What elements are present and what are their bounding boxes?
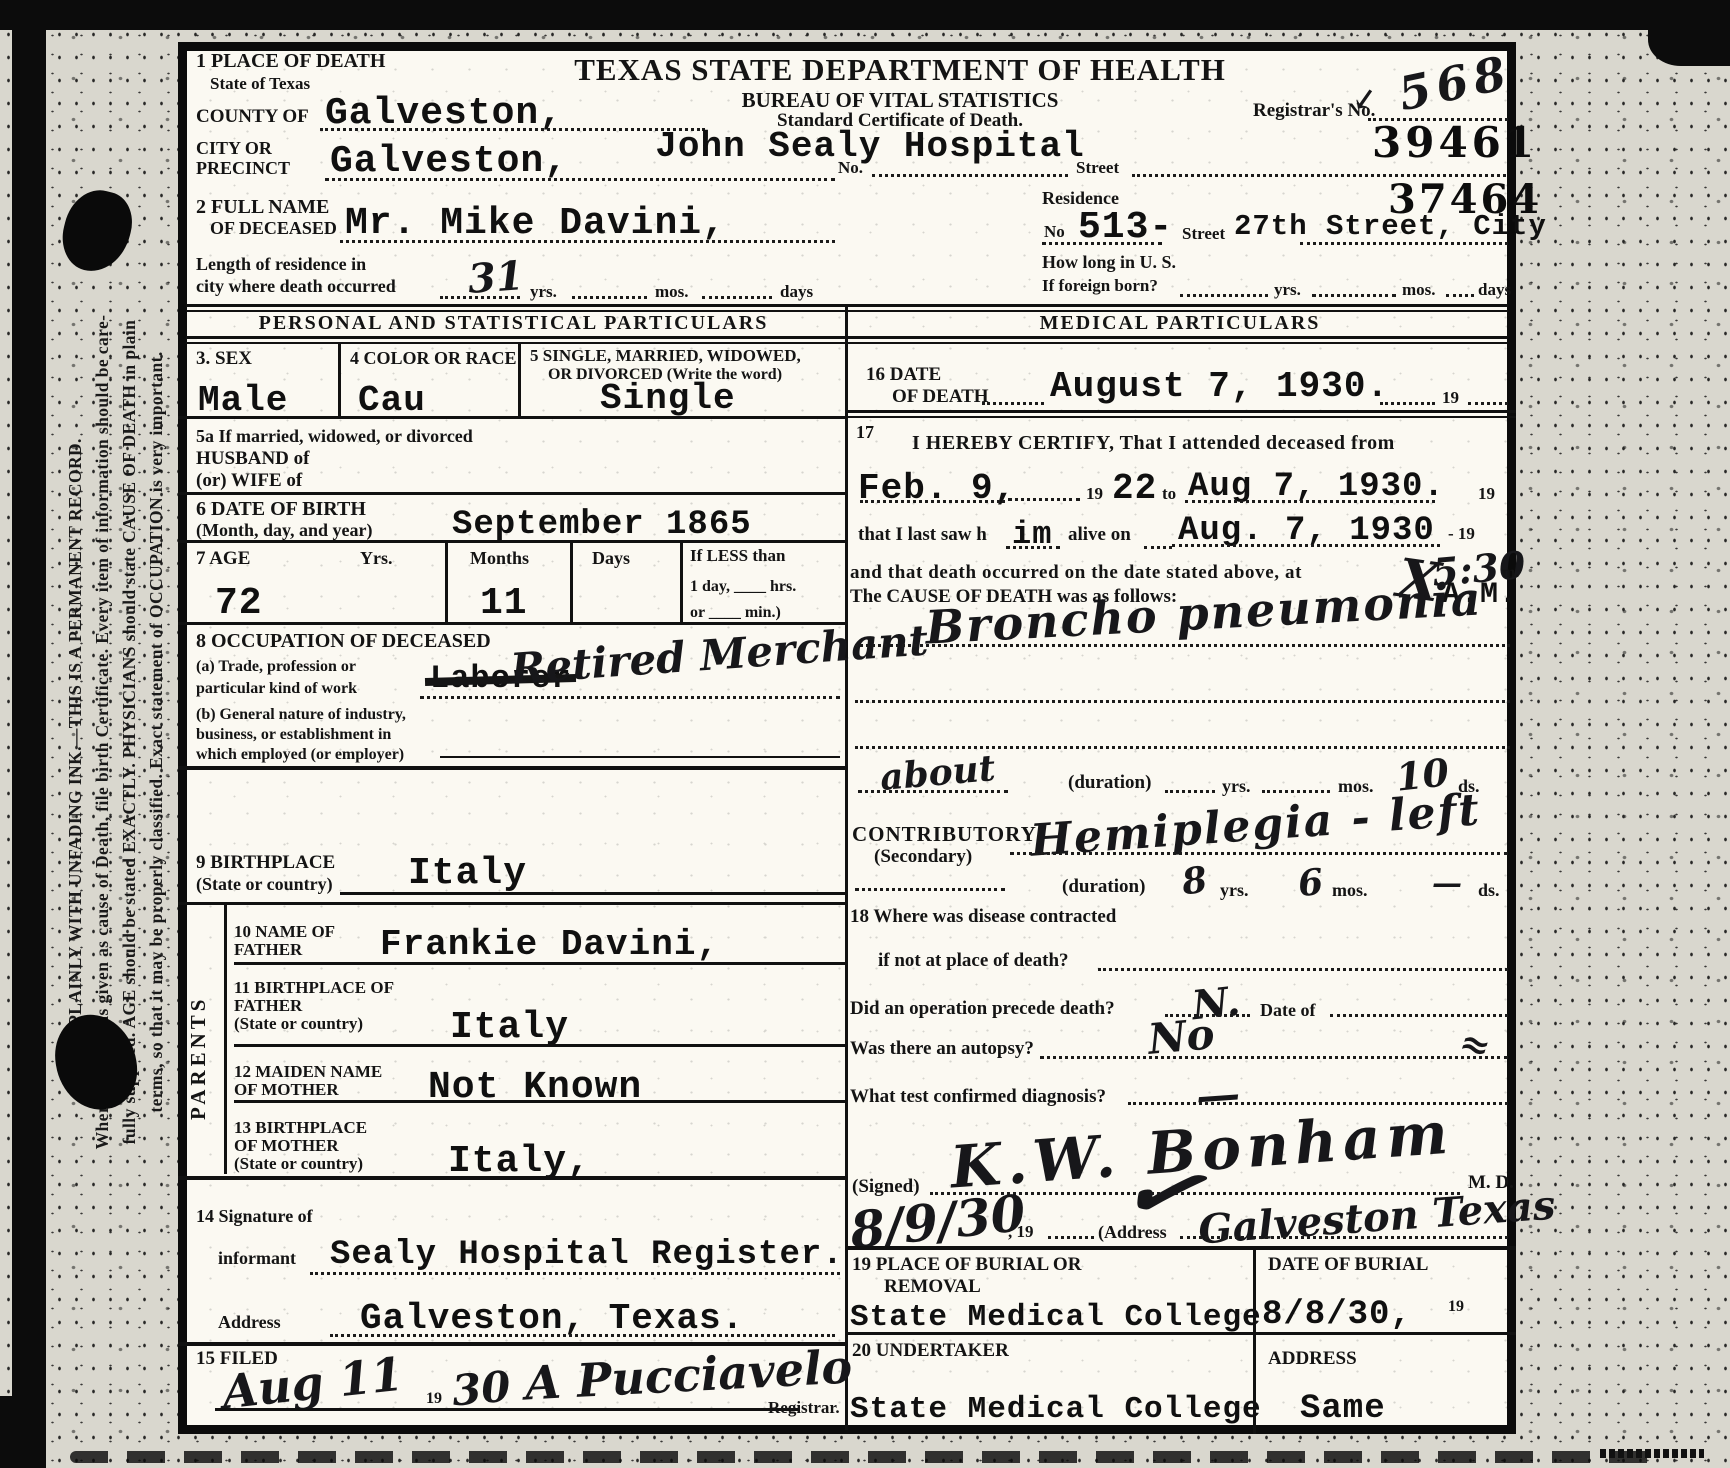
race-marital-divider (518, 344, 521, 418)
attended-leader (1008, 498, 1080, 501)
signed-19-line (1048, 1236, 1094, 1239)
burial-rule (845, 1332, 1516, 1335)
scanned-death-certificate: PLAINLY WITH UNFADING INK.—THIS IS A PER… (0, 0, 1730, 1468)
burial-date-value: 8/8/30, (1262, 1296, 1412, 1334)
mother-name-label-2: OF MOTHER (234, 1080, 339, 1100)
burial-date-label: DATE OF BURIAL (1268, 1254, 1428, 1276)
residence-no-label: No (1044, 222, 1065, 242)
secondary-label: (Secondary) (874, 846, 972, 868)
age-div-3 (680, 540, 683, 622)
medical-rule-2 (845, 1246, 1516, 1250)
row-rule-5 (178, 766, 845, 770)
operation-label: Did an operation precede death? (850, 998, 1115, 1020)
duration-about-line (858, 790, 1008, 793)
occ-b-label-3: which employed (or employer) (196, 746, 404, 764)
dept-title: TEXAS STATE DEPARTMENT OF HEALTH (570, 52, 1230, 88)
age-months-header: Months (470, 548, 529, 569)
last-saw-leader (1144, 546, 1172, 549)
father-name-label-2: FATHER (234, 940, 302, 960)
mos-line (572, 296, 647, 299)
row-rule-7 (178, 1176, 845, 1180)
date-of-line (1330, 1014, 1508, 1017)
dod-leader (982, 402, 1044, 405)
duration2-yrs-label: yrs. (1220, 880, 1249, 901)
duration2-leader (855, 888, 1005, 891)
signed-address-line (1180, 1236, 1508, 1239)
city-or-label: CITY OR (196, 138, 272, 159)
precinct-label: PRECINCT (196, 158, 290, 179)
personal-section-title: PERSONAL AND STATISTICAL PARTICULARS (186, 312, 841, 335)
duration-label-2: (duration) (1062, 876, 1145, 898)
date-of-death-value: August 7, 1930. (1050, 366, 1389, 407)
marital-value: Single (600, 378, 736, 419)
attended-19b-label: 19 (1478, 484, 1495, 504)
father-name-label-1: 10 NAME OF (234, 922, 335, 942)
attended-from-year: 22 (1112, 468, 1157, 509)
dod-19-line (1468, 402, 1508, 405)
dod-trailer (1380, 402, 1435, 405)
if-not-label: if not at place of death? (878, 950, 1069, 972)
father-bp-label-2: FATHER (234, 996, 302, 1016)
last-saw-date-line (1172, 544, 1440, 547)
attended-from-line (860, 500, 1005, 503)
medical-section-title: MEDICAL PARTICULARS (850, 312, 1510, 335)
duration-mos-line (1262, 790, 1330, 793)
birthplace-value: Italy (408, 852, 527, 895)
days-line (702, 296, 772, 299)
margin-line: fully supplied. AGE should be stated EXA… (116, 82, 143, 1382)
undertaker-address-value: Same (1300, 1390, 1386, 1428)
mos-label: mos. (655, 282, 689, 302)
burial-19-label: 19 (1448, 1298, 1464, 1316)
occ-a-label-2: particular kind of work (196, 680, 357, 698)
age-label: 7 AGE (196, 548, 250, 570)
dob-sub-label: (Month, day, and year) (196, 520, 373, 541)
residence-street-label: Street (1182, 224, 1225, 244)
duration-label-1: (duration) (1068, 772, 1151, 794)
duration2-ds-dash: — (1432, 866, 1462, 901)
days-label: days (780, 282, 813, 302)
row-rule-3 (178, 540, 845, 543)
length-residence-label2: city where death occurred (196, 276, 396, 297)
occupation-label: 8 OCCUPATION OF DECEASED (196, 630, 491, 653)
age-months-value: 11 (480, 582, 528, 625)
sex-race-divider (338, 344, 341, 418)
age-less-2: 1 day, ____ hrs. (690, 578, 796, 596)
medical-rule-1b (845, 416, 1516, 418)
father-name-value: Frankie Davini, (380, 924, 719, 965)
certificate-number-stamp: 39461 (1372, 118, 1538, 167)
signed-19-label: , 19 (1008, 1222, 1034, 1242)
duration-yrs-line (1165, 790, 1215, 793)
scan-corner-bottom-left (0, 1396, 46, 1468)
occ-b-line (440, 756, 840, 758)
burial-label-1: 19 PLACE OF BURIAL OR (852, 1254, 1081, 1276)
age-less-3: or ____ min.) (690, 604, 781, 622)
race-value: Cau (358, 380, 426, 421)
dob-label: 6 DATE OF BIRTH (196, 498, 366, 521)
mother-bp-label-2: OF MOTHER (234, 1136, 339, 1156)
undertaker-label: 20 UNDERTAKER (852, 1340, 1009, 1362)
contributory-line (1010, 852, 1508, 855)
filed-19-label: 19 (426, 1390, 442, 1408)
deceased-name-value: Mr. Mike Davini, (345, 202, 726, 245)
no-label: No. (838, 158, 863, 178)
occ-b-label-2: business, or establishment in (196, 726, 391, 744)
foreign-born-label: If foreign born? (1042, 276, 1158, 296)
duration2-ds-label: ds. (1478, 880, 1500, 901)
father-bp-sub-label: (State or country) (234, 1014, 363, 1034)
informant-address-label: Address (218, 1312, 281, 1333)
father-bp-rule (234, 1044, 845, 1047)
residence-no-line (1042, 242, 1162, 245)
occ-b-label-1: (b) General nature of industry, (196, 706, 406, 724)
margin-line: Where stillborn is given as cause of Dea… (89, 82, 116, 1382)
sex-value: Male (198, 380, 288, 421)
wife-label: (or) WIFE of (196, 470, 302, 492)
registrar-title-label: Registrar. (768, 1398, 840, 1418)
parents-divider (224, 902, 227, 1174)
duration2-mos-label: mos. (1332, 880, 1368, 901)
death-occurred-text: and that death occurred on the date stat… (850, 562, 1302, 584)
mother-name-label-1: 12 MAIDEN NAME (234, 1062, 382, 1082)
dob-value: September 1865 (452, 506, 752, 544)
item5a-label: 5a If married, widowed, or divorced (196, 426, 473, 447)
foreign-yrs-line (1180, 294, 1268, 297)
precinct-line (325, 178, 835, 181)
margin-line: PLAINLY WITH UNFADING INK.—THIS IS A PER… (62, 82, 89, 1382)
scan-edge-left (12, 0, 46, 1468)
city-value: Galveston, (330, 140, 568, 183)
parents-vertical-label: PARENTS (186, 948, 211, 1168)
length-line (440, 296, 520, 299)
burial-label-2: REMOVAL (884, 1276, 981, 1298)
contributory-label: CONTRIBUTORY (852, 822, 1037, 847)
row-rule-1 (178, 416, 845, 419)
foreign-days-line (1446, 294, 1474, 297)
informant-address-line (330, 1334, 835, 1337)
row-rule-2 (178, 492, 845, 495)
father-bp-value: Italy (450, 1006, 569, 1049)
birthplace-line (340, 892, 845, 895)
street-label: Street (1076, 158, 1119, 178)
birthplace-label: 9 BIRTHPLACE (196, 852, 335, 874)
column-divider (845, 304, 848, 1430)
deceased-name-line (340, 240, 835, 243)
date-of-death-label-2: OF DEATH (892, 386, 989, 408)
to-label: to (1162, 484, 1176, 504)
informant-line (310, 1272, 840, 1275)
of-deceased-label: OF DECEASED (210, 218, 337, 239)
foreign-mos-label: mos. (1402, 280, 1436, 300)
informant-value: Sealy Hospital Register. (330, 1236, 844, 1274)
duration-yrs-label: yrs. (1222, 776, 1251, 797)
print-mark (1600, 1449, 1704, 1458)
husband-label: HUSBAND of (196, 448, 309, 470)
last-saw-him-line (1006, 546, 1060, 549)
date-of-death-label-1: 16 DATE (866, 364, 941, 386)
scan-edge-top (0, 0, 1730, 30)
age-div-1 (445, 540, 448, 622)
occ-a-label-1: (a) Trade, profession or (196, 658, 356, 676)
undertaker-address-label: ADDRESS (1268, 1348, 1357, 1370)
date-of-label: Date of (1260, 1000, 1315, 1021)
last-saw-text-1: that I last saw h (858, 524, 987, 546)
dod-19-label: 19 (1442, 388, 1459, 408)
margin-instructions: PLAINLY WITH UNFADING INK.—THIS IS A PER… (62, 82, 174, 1382)
last-saw-text-2: alive on (1068, 524, 1131, 546)
scan-corner-top-right (1648, 0, 1730, 66)
autopsy-label: Was there an autopsy? (850, 1038, 1034, 1060)
item1-place-of-death: 1 PLACE OF DEATH (196, 50, 385, 73)
autopsy-line (1040, 1056, 1508, 1059)
sex-label: 3. SEX (196, 348, 252, 370)
county-label: COUNTY OF (196, 106, 309, 128)
age-div-2 (570, 540, 573, 622)
mother-bp-sub-label: (State or country) (234, 1154, 363, 1174)
marital-label-1: 5 SINGLE, MARRIED, WIDOWED, (530, 346, 801, 366)
undertaker-value: State Medical College (850, 1392, 1262, 1427)
last-saw-19-label: - 19 (1448, 524, 1475, 544)
age-years-value: 72 (215, 582, 263, 625)
no-line (872, 174, 1068, 177)
item2-full-name-label: 2 FULL NAME (196, 196, 329, 219)
birthplace-sub-label: (State or country) (196, 874, 333, 895)
row-rule-4 (178, 622, 845, 625)
age-days-header: Days (592, 548, 630, 569)
yrs-label: yrs. (530, 282, 557, 302)
attended-to-line (1185, 500, 1435, 503)
burial-place-value: State Medical College (850, 1300, 1262, 1335)
certify-text: I HEREBY CERTIFY, That I attended deceas… (912, 432, 1395, 455)
cause-blank-line-2 (855, 746, 1510, 749)
item17-label: 17 (856, 422, 874, 443)
mother-bp-label-1: 13 BIRTHPLACE (234, 1118, 367, 1138)
attended-19-label: 19 (1086, 484, 1103, 504)
signature-of-label: 14 Signature of (196, 1206, 313, 1227)
duration2-mos-value: 6 (1296, 861, 1325, 905)
father-rule (234, 962, 845, 965)
mother-rule (234, 1100, 845, 1103)
foreign-days-label: days (1478, 280, 1511, 300)
informant-address-value: Galveston, Texas. (360, 1298, 744, 1339)
age-yrs-header: Yrs. (360, 548, 393, 569)
row-rule-6 (178, 902, 845, 905)
informant-label: informant (218, 1248, 296, 1269)
margin-line: terms, so that it may be properly classi… (143, 82, 170, 1382)
if-not-line (1098, 968, 1508, 971)
test-label: What test confirmed diagnosis? (850, 1086, 1106, 1108)
state-of-texas: State of Texas (210, 74, 310, 94)
foreign-mos-line (1312, 294, 1396, 297)
race-label: 4 COLOR OR RACE (350, 348, 517, 369)
occupation-line (420, 696, 840, 699)
where-contracted-label: 18 Where was disease contracted (850, 906, 1116, 928)
age-less-1: If LESS than (690, 546, 785, 566)
filed-line (215, 1408, 800, 1411)
scan-smear-bottom (70, 1451, 1662, 1463)
foreign-yrs-label: yrs. (1274, 280, 1301, 300)
cause-line (855, 644, 1510, 647)
cause-blank-line-1 (855, 700, 1510, 703)
medical-rule-1a (845, 410, 1516, 413)
residence-street-line (1300, 242, 1508, 245)
father-bp-label-1: 11 BIRTHPLACE OF (234, 978, 394, 998)
how-long-us-label: How long in U. S. (1042, 252, 1176, 273)
certificate-number-stamp-2: 37464 (1388, 176, 1542, 223)
length-residence-label1: Length of residence in (196, 254, 366, 275)
